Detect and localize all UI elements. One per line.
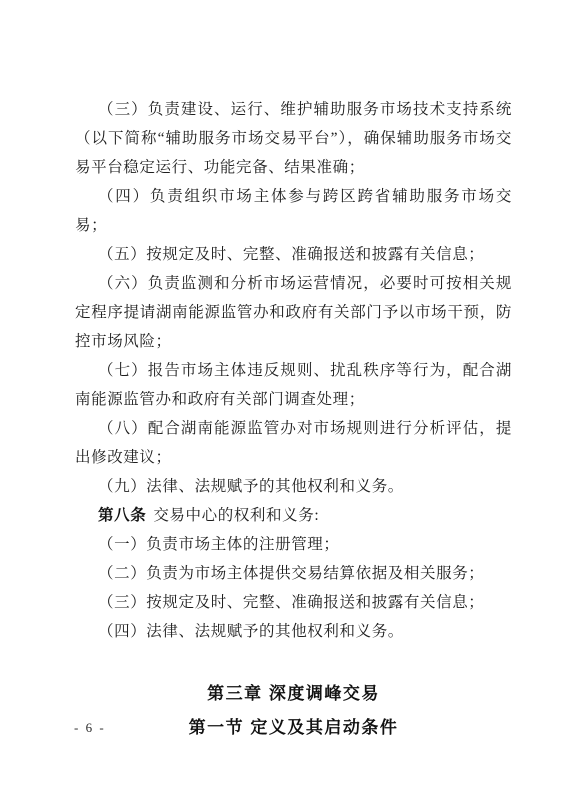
headings-block: 第三章 深度调峰交易 第一节 定义及其启动条件 — [75, 677, 512, 745]
chapter-heading: 第三章 深度调峰交易 — [75, 677, 512, 711]
clause-paragraph: （三）按规定及时、完整、准确报送和披露有关信息； — [75, 588, 512, 617]
article-8-line: 第八条交易中心的权利和义务: — [75, 501, 512, 530]
clause-paragraph: （九）法律、法规赋予的其他权利和义务。 — [75, 472, 512, 501]
article-title: 交易中心的权利和义务: — [153, 507, 319, 524]
clause-paragraph: （四）负责组织市场主体参与跨区跨省辅助服务市场交易； — [75, 182, 512, 240]
article-number-label: 第八条 — [98, 507, 146, 524]
clause-paragraph: （七）报告市场主体违反规则、扰乱秩序等行为，配合湖南能源监管办和政府有关部门调查… — [75, 356, 512, 414]
clause-paragraph: （四）法律、法规赋予的其他权利和义务。 — [75, 617, 512, 646]
clause-paragraph: （三）负责建设、运行、维护辅助服务市场技术支持系统（以下简称“辅助服务市场交易平… — [75, 95, 512, 182]
page-number: - 6 - — [74, 720, 106, 736]
clause-paragraph: （六）负责监测和分析市场运营情况，必要时可按相关规定程序提请湖南能源监管办和政府… — [75, 269, 512, 356]
document-body: （三）负责建设、运行、维护辅助服务市场技术支持系统（以下简称“辅助服务市场交易平… — [0, 0, 566, 745]
clause-paragraph: （一）负责市场主体的注册管理； — [75, 530, 512, 559]
clause-paragraph: （五）按规定及时、完整、准确报送和披露有关信息； — [75, 240, 512, 269]
clause-paragraph: （二）负责为市场主体提供交易结算依据及相关服务； — [75, 559, 512, 588]
document-page: （三）负责建设、运行、维护辅助服务市场技术支持系统（以下简称“辅助服务市场交易平… — [0, 0, 566, 800]
clause-paragraph: （八）配合湖南能源监管办对市场规则进行分析评估，提出修改建议； — [75, 414, 512, 472]
section-heading: 第一节 定义及其启动条件 — [75, 711, 512, 745]
